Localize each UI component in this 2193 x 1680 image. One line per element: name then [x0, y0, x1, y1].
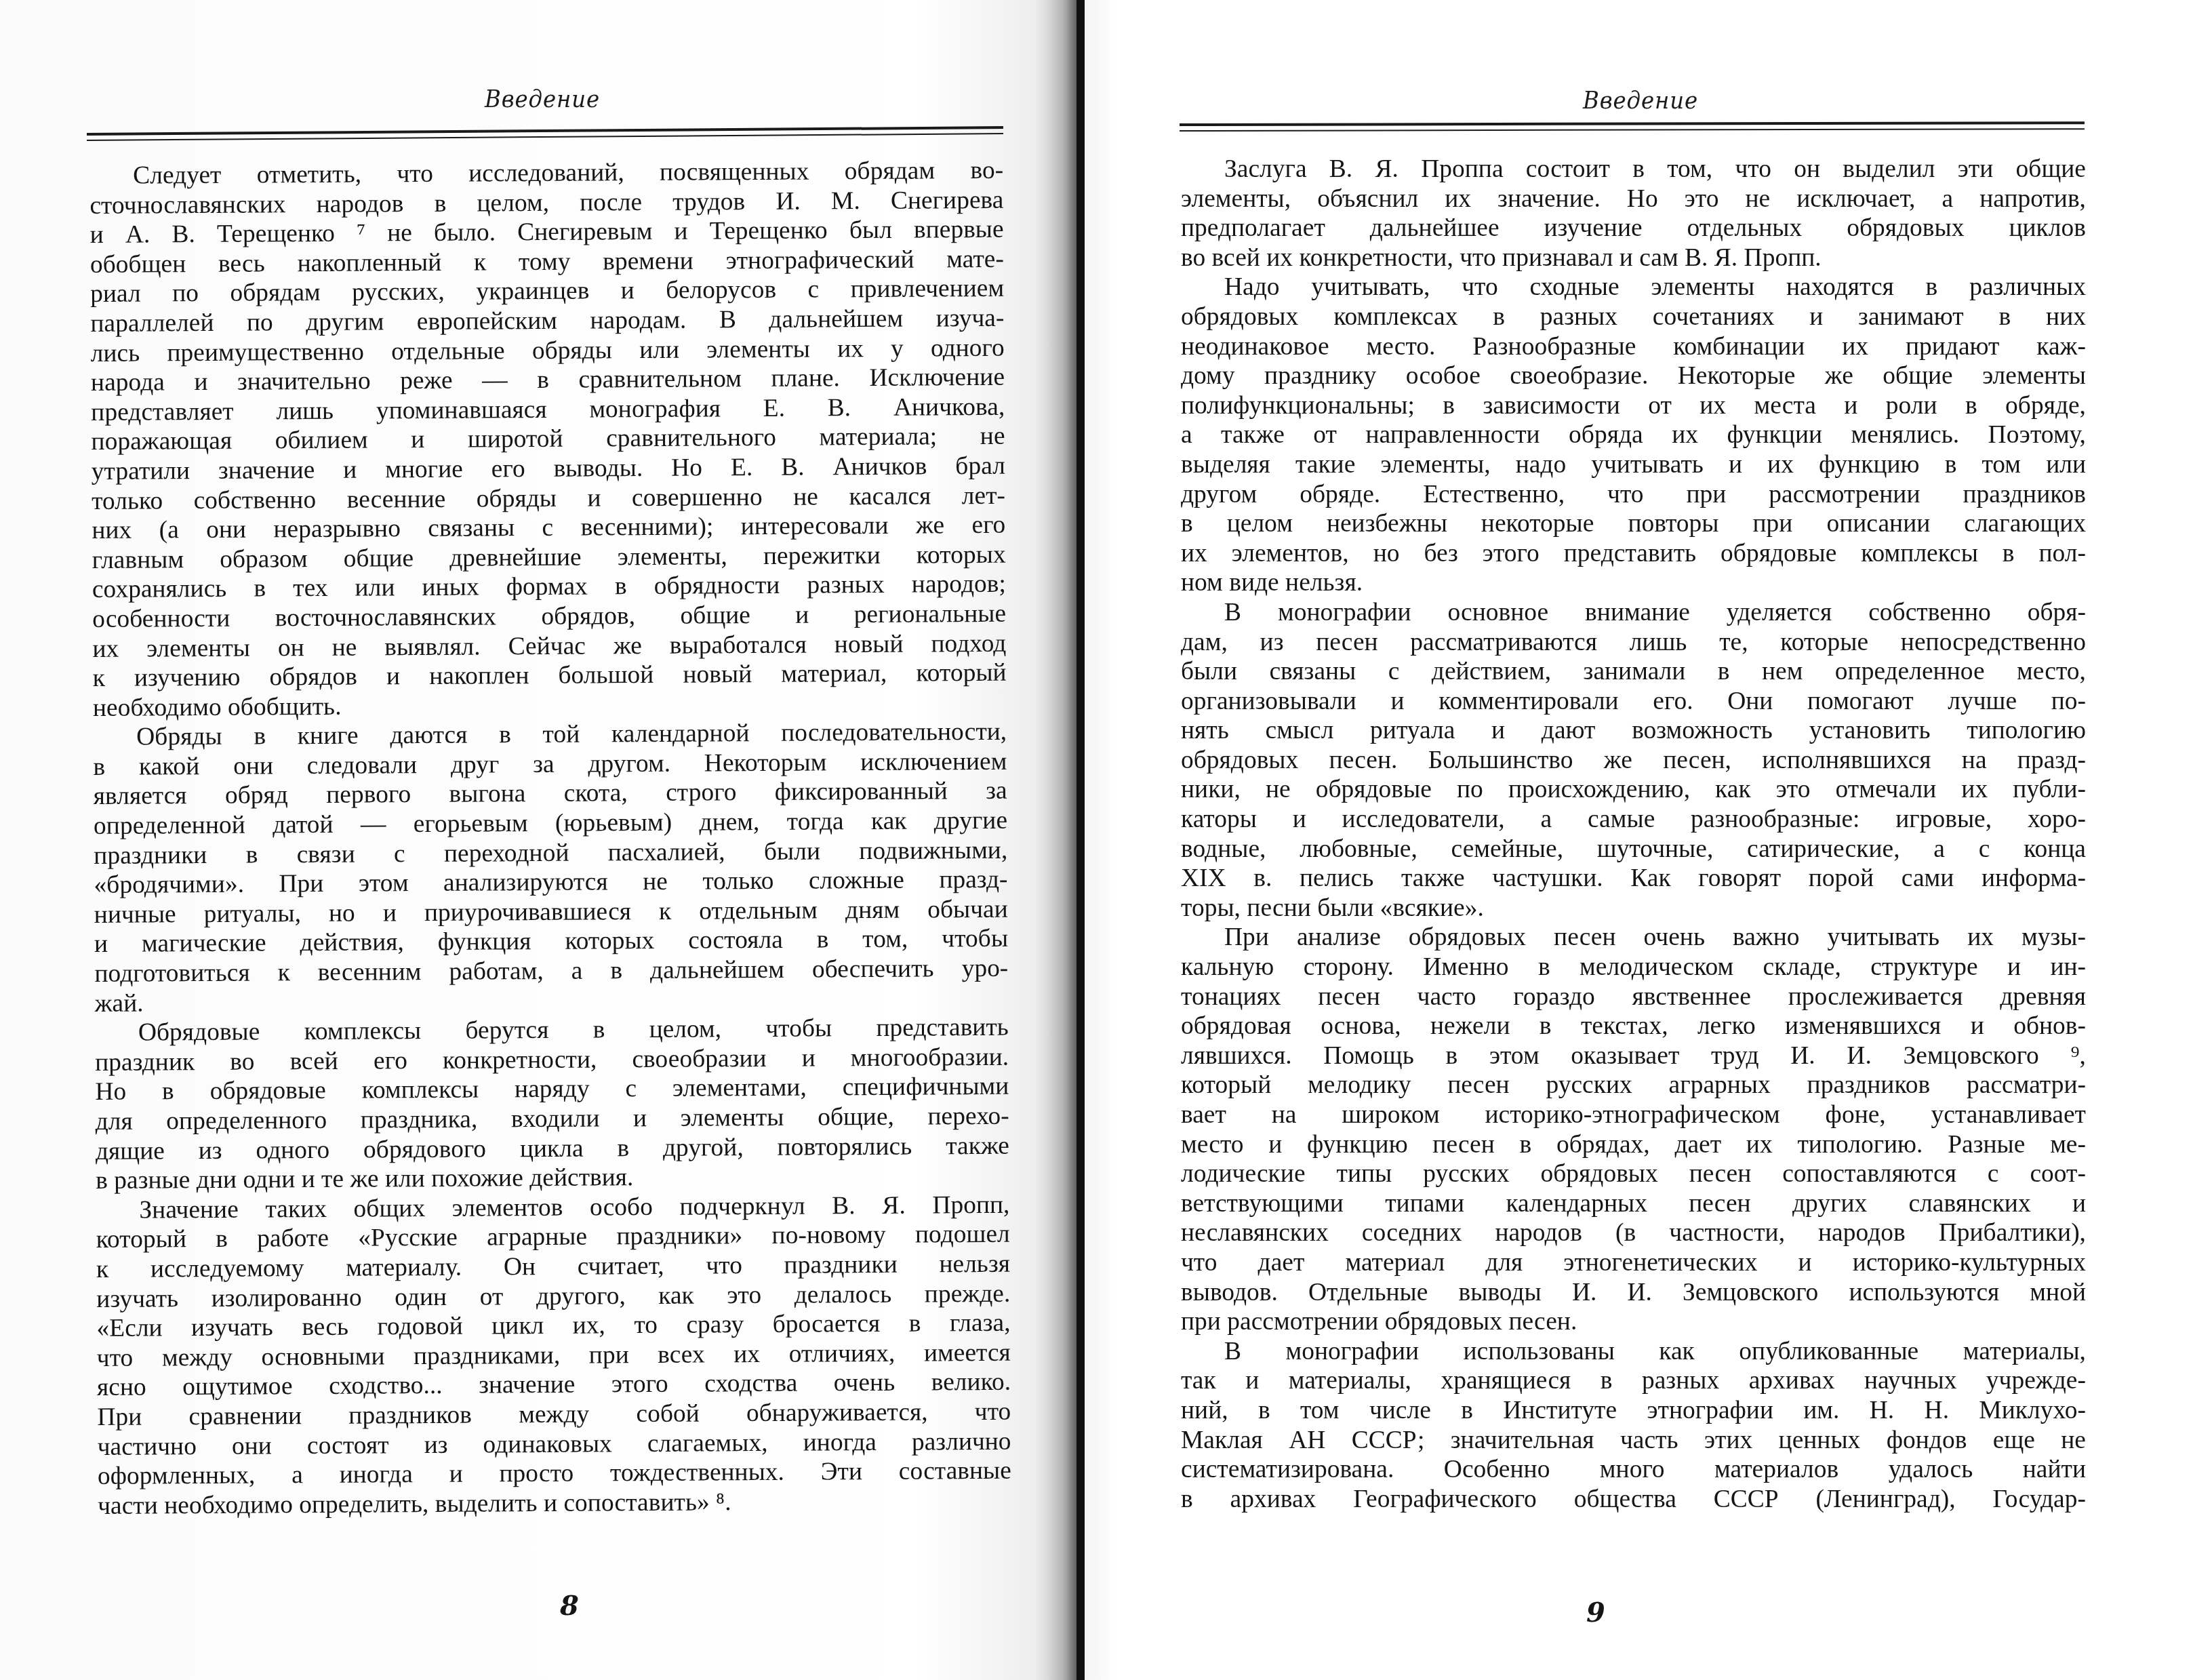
text-line: лявшихся. Помощь в этом оказывает труд И…: [1181, 1041, 2086, 1071]
text-line: ний, в том числе в Институте этнографии …: [1181, 1396, 2086, 1426]
text-line: выводов. Отдельные выводы И. И. Земцовск…: [1181, 1278, 2086, 1308]
text-line: полифункциональны; в зависимости от их м…: [1181, 391, 2086, 421]
text-line: каторы и исследователи, а самые разнообр…: [1181, 805, 2086, 835]
text-line: обрядовая основа, нежели в текстах, легк…: [1181, 1012, 2086, 1041]
text-line: них (а они неразрывно связаны с весенним…: [92, 511, 1005, 546]
text-line: дящие из одного обрядового цикла в друго…: [96, 1131, 1009, 1166]
text-line: кальную сторону. Именно в мелодическом с…: [1181, 953, 2086, 982]
text-line: обрядовых песен. Большинство же песен, и…: [1181, 746, 2086, 776]
text-line: вает на широком историко-этнографическом…: [1181, 1100, 2086, 1130]
text-line: В монографии основное внимание уделяется…: [1181, 598, 2086, 628]
text-line: утратили значение и многие его выводы. Н…: [92, 452, 1005, 487]
body-text: Заслуга В. Я. Проппа состоит в том, что …: [1181, 155, 2086, 1514]
text-line: к изучению обрядов и накоплен большой но…: [93, 658, 1007, 694]
text-line: для определенного праздника, входили и э…: [96, 1102, 1009, 1137]
text-line: неславянских соседних народов (в частнос…: [1181, 1218, 2086, 1248]
left-page: Введение Следует отметить, что исследова…: [0, 0, 1078, 1680]
text-line: определенной датой — егорьевым (юрьевым)…: [94, 806, 1007, 841]
running-head: Введение: [1518, 87, 1763, 115]
text-line: элементы, объяснил их значение. Но это н…: [1181, 184, 2086, 214]
text-line: ветствующими типами календарных песен др…: [1181, 1189, 2086, 1219]
text-line: который мелодику песен русских аграрных …: [1181, 1071, 2086, 1100]
page-number: 9: [1586, 1597, 1605, 1628]
body-text: Следует отметить, что исследований, посв…: [89, 156, 1011, 1521]
text-line: во всей их конкретности, что признавал и…: [1181, 243, 2086, 273]
text-line: а также от направленности обряда их функ…: [1181, 420, 2086, 450]
text-line: XIX в. пелись также частушки. Как говоря…: [1181, 864, 2086, 894]
running-head: Введение: [420, 85, 664, 113]
text-line: место и функцию песен в обрядах, дает их…: [1181, 1130, 2086, 1160]
text-line: При сравнении праздников между собой обн…: [97, 1397, 1011, 1433]
page-number: 8: [560, 1590, 579, 1622]
text-line: предполагает дальнейшее изучение отдельн…: [1181, 214, 2086, 243]
text-line: Надо учитывать, что сходные элементы нах…: [1181, 273, 2086, 302]
text-line: другом обряде. Естественно, что при расс…: [1181, 480, 2086, 510]
text-line: тонациях песен часто гораздо явственнее …: [1181, 982, 2086, 1012]
header-rule: [87, 126, 1003, 141]
text-line: организовывали и комментировали его. Они…: [1181, 687, 2086, 717]
text-line: торы, песни были «всякие».: [1181, 894, 2086, 923]
text-line: ники, не обрядовые по происхождению, как…: [1181, 775, 2086, 805]
text-line: были связаны с действием, занимали в нем…: [1181, 657, 2086, 687]
text-line: части необходимо определить, выделить и …: [98, 1485, 1011, 1521]
text-line: «Если изучать весь годовой цикл их, то с…: [96, 1308, 1010, 1344]
header-rule: [1180, 121, 2085, 132]
text-line: в целом неизбежны некоторые повторы при …: [1181, 509, 2086, 539]
text-line: выделяя такие элементы, надо учитывать и…: [1181, 450, 2086, 480]
text-line: водные, любовные, семейные, шуточные, са…: [1181, 835, 2086, 864]
text-line: В монографии использованы как опубликова…: [1181, 1337, 2086, 1367]
text-line: что дает материал для этногенетических и…: [1181, 1248, 2086, 1278]
text-line: лодические типы русских обрядовых песен …: [1181, 1159, 2086, 1189]
text-line: Маклая АН СССР; значительная часть этих …: [1181, 1426, 2086, 1456]
text-line: ном виде нельзя.: [1181, 568, 2086, 598]
text-line: их элементов, но без этого представить о…: [1181, 539, 2086, 569]
text-line: Заслуга В. Я. Проппа состоит в том, что …: [1181, 155, 2086, 184]
text-line: При анализе обрядовых песен очень важно …: [1181, 923, 2086, 953]
text-line: Следует отметить, что исследований, посв…: [89, 156, 1003, 191]
right-page: Введение Заслуга В. Я. Проппа состоит в …: [1085, 0, 2193, 1680]
text-line: особенности восточнославянских обрядов, …: [92, 599, 1006, 635]
gutter-shadow: [1047, 0, 1078, 1680]
text-line: к исследуемому материалу. Он считает, чт…: [96, 1249, 1010, 1285]
text-line: систематизирована. Особенно много матери…: [1181, 1455, 2086, 1485]
text-line: дому празднику особое своеобразие. Некот…: [1181, 361, 2086, 391]
text-line: так и материалы, хранящиеся в разных арх…: [1181, 1366, 2086, 1396]
text-line: народа и значительно реже — в сравнитель…: [91, 363, 1005, 398]
text-line: подготовиться к весенним работам, а в да…: [94, 954, 1008, 989]
text-line: обрядовых комплексах в разных сочетаниях…: [1181, 302, 2086, 332]
text-line: в архивах Географического общества СССР …: [1181, 1485, 2086, 1515]
text-line: при рассмотрении обрядовых песен.: [1181, 1307, 2086, 1337]
text-line: нять смысл ритуала и дают возможность ус…: [1181, 716, 2086, 746]
text-line: неодинаковое место. Разнообразные комбин…: [1181, 332, 2086, 362]
book-spread: Введение Следует отметить, что исследова…: [0, 0, 2193, 1680]
text-line: оформленных, а иногда и просто тождестве…: [98, 1456, 1011, 1492]
text-line: дам, из песен рассматриваются лишь те, к…: [1181, 628, 2086, 658]
text-line: параллелей по другим европейским народам…: [90, 304, 1004, 339]
